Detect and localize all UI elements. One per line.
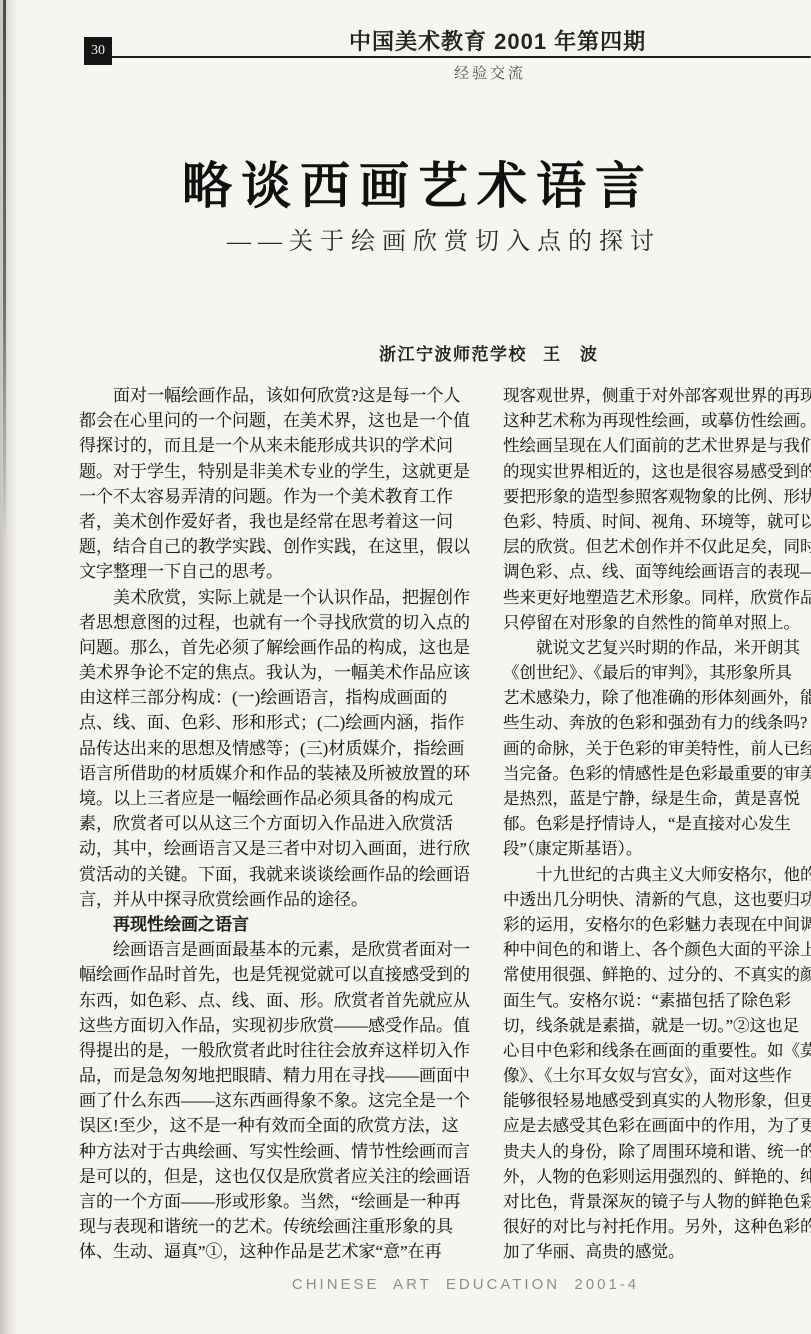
text-line: 这种艺术称为再现性绘画，或摹仿性绘画。 bbox=[503, 408, 811, 433]
section-label: 经验交流 bbox=[454, 62, 526, 83]
text-line: 题。对于学生，特别是非美术专业的学生，这就更是 bbox=[79, 459, 470, 484]
text-line: 贵夫人的身份，除了周围环境和谐、统一的 bbox=[503, 1139, 811, 1164]
text-line: 都会在心里问的一个问题，在美术界，这也是一个值 bbox=[79, 408, 470, 433]
author-name: 王 波 bbox=[543, 345, 599, 364]
text-line: 美术界争论不定的焦点。我认为，一幅美术作品应该 bbox=[79, 660, 470, 685]
text-line: 《创世纪》、《最后的审判》，其形象所具 bbox=[503, 660, 811, 685]
text-line: 像》、《土尔耳女奴与宫女》，面对这些作 bbox=[503, 1063, 811, 1088]
text-line: 只停留在对形象的自然性的简单对照上。 bbox=[503, 610, 811, 635]
text-line: 现与表现和谐统一的艺术。传统绘画注重形象的具 bbox=[79, 1214, 470, 1239]
text-line: 彩的运用，安格尔的色彩魅力表现在中间调 bbox=[503, 912, 811, 937]
text-line: 心目中色彩和线条在画面的重要性。如《莫 bbox=[503, 1038, 811, 1063]
text-line: 层的欣赏。但艺术创作并不仅此足矣，同时 bbox=[503, 534, 811, 559]
author-affiliation: 浙江宁波师范学校 bbox=[379, 345, 527, 364]
page-footer: CHINESE ART EDUCATION 2001-4 bbox=[60, 1276, 811, 1293]
page-number-badge: 30 bbox=[84, 37, 112, 65]
text-line: 中透出几分明快、清新的气息，这也要归功 bbox=[503, 887, 811, 912]
text-line: 的现实世界相近的，这也是很容易感受到的 bbox=[503, 459, 811, 484]
journal-title: 中国美术教育 2001 年第四期 bbox=[349, 25, 646, 56]
text-line: 种方法对于古典绘画、写实性绘画、情节性绘画而言 bbox=[79, 1139, 470, 1164]
text-line: 问题。那么，首先必须了解绘画作品的构成，这也是 bbox=[79, 635, 470, 660]
text-line: 段”（康定斯基语）。 bbox=[503, 836, 811, 861]
text-line: 这些方面切入作品，实现初步欣赏——感受作品。值 bbox=[79, 1013, 470, 1038]
text-line: 种中间色的和谐上、各个颜色大面的平涂上 bbox=[503, 937, 811, 962]
text-line: 赏活动的关键。下面，我就来谈谈绘画作品的绘画语 bbox=[79, 862, 470, 887]
text-line: 能够很轻易地感受到真实的人物形象，但更 bbox=[503, 1088, 811, 1113]
text-line: 者，美术创作爱好者，我也是经常在思考着这一问 bbox=[79, 509, 470, 534]
text-line: 艺术感染力，除了他准确的形体刻画外，能 bbox=[503, 685, 811, 710]
author-line: 浙江宁波师范学校王 波 bbox=[356, 320, 599, 385]
text-line: 很好的对比与衬托作用。另外，这种色彩的 bbox=[503, 1214, 811, 1239]
text-line: 素，欣赏者可以从这三个方面切入作品进入欣赏活 bbox=[79, 811, 470, 836]
text-line: 些来更好地塑造艺术形象。同样，欣赏作品 bbox=[503, 585, 811, 610]
text-line: 语言所借助的材质媒介和作品的装裱及所被放置的环 bbox=[79, 761, 470, 786]
text-line: 加了华丽、高贵的感觉。 bbox=[503, 1239, 811, 1264]
text-line: 言，并从中探寻欣赏绘画作品的途径。 bbox=[79, 887, 470, 912]
text-line: 郁。色彩是抒情诗人，“是直接对心发生 bbox=[503, 811, 811, 836]
article-subtitle: ——关于绘画欣赏切入点的探讨 bbox=[227, 221, 661, 256]
text-line: 再现性绘画之语言 bbox=[79, 912, 470, 937]
text-line: 绘画语言是画面最基本的元素，是欣赏者面对一 bbox=[79, 937, 470, 962]
text-line: 由这样三部分构成：(一)绘画语言，指构成画面的 bbox=[79, 685, 470, 710]
text-line: 当完备。色彩的情感性是色彩最重要的审美 bbox=[503, 761, 811, 786]
text-line: 得提出的是，一般欣赏者此时往往会放弃这样切入作 bbox=[79, 1038, 470, 1063]
page-edge-line bbox=[3, 0, 6, 540]
text-line: 点、线、面、色彩、形和形式；(二)绘画内涵，指作 bbox=[79, 710, 470, 735]
text-line: 境。以上三者应是一幅绘画作品必须具备的构成元 bbox=[79, 786, 470, 811]
text-line: 幅绘画作品时首先，也是凭视觉就可以直接感受到的 bbox=[79, 962, 470, 987]
text-line: 动，其中，绘画语言又是三者中对切入画面，进行欣 bbox=[79, 836, 470, 861]
text-line: 常使用很强、鲜艳的、过分的、不真实的颜 bbox=[503, 962, 811, 987]
text-line: 色彩、特质、时间、视角、环境等，就可以 bbox=[503, 509, 811, 534]
text-line: 现客观世界，侧重于对外部客观世界的再现 bbox=[503, 383, 811, 408]
text-line: 者思想意图的过程，也就有一个寻找欣赏的切入点的 bbox=[79, 610, 470, 635]
text-line: 言的一个方面——形或形象。当然，“绘画是一种再 bbox=[79, 1189, 470, 1214]
text-line: 十九世纪的古典主义大师安格尔，他的 bbox=[503, 862, 811, 887]
text-line: 体、生动、逼真”①，这种作品是艺术家“意”在再 bbox=[79, 1239, 470, 1264]
text-line: 外，人物的色彩则运用强烈的、鲜艳的、纯 bbox=[503, 1164, 811, 1189]
text-line: 是可以的，但是，这也仅仅是欣赏者应关注的绘画语 bbox=[79, 1164, 470, 1189]
text-line: 品，而是急匆匆地把眼睛、精力用在寻找——画面中 bbox=[79, 1063, 470, 1088]
body-column-right: 现客观世界，侧重于对外部客观世界的再现这种艺术称为再现性绘画，或摹仿性绘画。性绘… bbox=[503, 383, 811, 1265]
text-line: 些生动、奔放的色彩和强劲有力的线条吗? bbox=[503, 710, 811, 735]
text-line: 美术欣赏，实际上就是一个认识作品，把握创作 bbox=[79, 585, 470, 610]
text-line: 对比色，背景深灰的镜子与人物的鲜艳色彩 bbox=[503, 1189, 811, 1214]
text-line: 得探讨的，而且是一个从来未能形成共识的学术问 bbox=[79, 433, 470, 458]
text-line: 东西，如色彩、点、线、面、形。欣赏者首先就应从 bbox=[79, 988, 470, 1013]
text-line: 文字整理一下自己的思考。 bbox=[79, 559, 470, 584]
article-title: 略谈西画艺术语言 bbox=[182, 146, 654, 218]
text-line: 面对一幅绘画作品，该如何欣赏?这是每一个人 bbox=[79, 383, 470, 408]
text-line: 切，线条就是素描，就是一切。”②这也足 bbox=[503, 1013, 811, 1038]
journal-page: 30 中国美术教育 2001 年第四期 经验交流 略谈西画艺术语言 ——关于绘画… bbox=[0, 0, 811, 1334]
text-line: 就说文艺复兴时期的作品，米开朗其 bbox=[503, 635, 811, 660]
body-column-left: 面对一幅绘画作品，该如何欣赏?这是每一个人都会在心里问的一个问题，在美术界，这也… bbox=[79, 383, 470, 1265]
text-line: 画了什么东西——这东西画得象不象。这完全是一个 bbox=[79, 1088, 470, 1113]
text-line: 面生气。安格尔说：“素描包括了除色彩 bbox=[503, 988, 811, 1013]
text-line: 应是去感受其色彩在画面中的作用，为了更 bbox=[503, 1113, 811, 1138]
text-line: 品传达出来的思想及情感等；(三)材质媒介，指绘画 bbox=[79, 736, 470, 761]
text-line: 是热烈，蓝是宁静，绿是生命，黄是喜悦 bbox=[503, 786, 811, 811]
text-line: 题，结合自己的教学实践、创作实践，在这里，假以 bbox=[79, 534, 470, 559]
text-line: 误区!至少，这不是一种有效而全面的欣赏方法，这 bbox=[79, 1113, 470, 1138]
text-line: 要把形象的造型参照客观物象的比例、形状 bbox=[503, 484, 811, 509]
text-line: 一个不太容易弄清的问题。作为一个美术教育工作 bbox=[79, 484, 470, 509]
text-line: 画的命脉，关于色彩的审美特性，前人已经 bbox=[503, 736, 811, 761]
text-line: 性绘画呈现在人们面前的艺术世界是与我们 bbox=[503, 433, 811, 458]
text-line: 调色彩、点、线、面等纯绘画语言的表现— bbox=[503, 559, 811, 584]
header-rule bbox=[111, 56, 811, 58]
